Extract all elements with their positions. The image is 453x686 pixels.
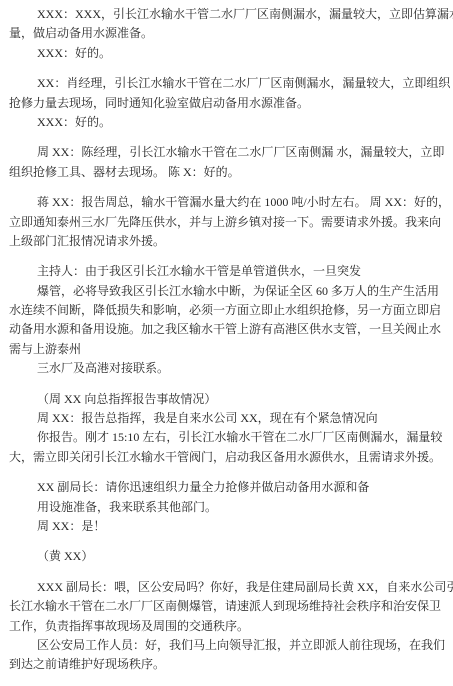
text-line: 需与上游泰州	[9, 340, 439, 359]
paragraph: XXX 副局长：喂，区公安局吗？你好，我是住建局副局长黄 XX，自来水公司引长江…	[9, 578, 439, 675]
paragraph: XX 副局长：请你迅速组织力量全力抢修并做启动备用水源和备用设施准备，我来联系其…	[9, 478, 439, 536]
paragraph: XXX：XXX，引长江水输水干管二水厂厂区南侧漏水，漏量较大，立即估算漏水量，做…	[9, 5, 439, 63]
paragraph: （周 XX 向总指挥报告事故情况）周 XX：报告总指挥，我是自来水公司 XX，现…	[9, 390, 439, 468]
text-line: XX：肖经理，引长江水输水干管在二水厂厂区南侧漏水，漏量较大，立即组织	[9, 74, 439, 93]
text-line: （周 XX 向总指挥报告事故情况）	[9, 390, 439, 409]
document-page: XXX：XXX，引长江水输水干管二水厂厂区南侧漏水，漏量较大，立即估算漏水量，做…	[0, 0, 453, 686]
text-line: 三水厂及高港对接联系。	[9, 359, 439, 378]
text-line: 你报告。刚才 15:10 左右，引长江水输水干管在二水厂厂区南侧漏水，漏量较	[9, 428, 439, 447]
text-line: 爆管，必将导致我区引长江水输水中断，为保证全区 60 多万人的生产生活用	[9, 282, 439, 301]
text-line: XXX 副局长：喂，区公安局吗？你好，我是住建局副局长黄 XX，自来水公司引	[9, 578, 439, 597]
text-line: XXX：好的。	[9, 44, 439, 63]
text-line: 长江水输水干管在二水厂厂区南侧爆管，请速派人到现场维持社会秩序和治安保卫	[9, 597, 439, 616]
text-line: 大，需立即关闭引长江水输水干管阀门，启动我区备用水源供水，且需请求外援。	[9, 448, 439, 467]
text-line: 抢修力量去现场，同时通知化验室做启动备用水源准备。	[9, 94, 439, 113]
text-line: 周 XX：报告总指挥，我是自来水公司 XX，现在有个紧急情况向	[9, 409, 439, 428]
text-line: XXX：XXX，引长江水输水干管二水厂厂区南侧漏水，漏量较大，立即估算漏水	[9, 5, 439, 24]
paragraph: XX：肖经理，引长江水输水干管在二水厂厂区南侧漏水，漏量较大，立即组织抢修力量去…	[9, 74, 439, 132]
text-line: 周 XX：是！	[9, 517, 439, 536]
text-line: 上级部门汇报情况请求外援。	[9, 232, 439, 251]
text-line: 工作，负责指挥事故现场及周围的交通秩序。	[9, 617, 439, 636]
paragraph: 周 XX：陈经理，引长江水输水干管在二水厂厂区南侧漏 水，漏量较大，立即组织抢修…	[9, 143, 439, 182]
text-line: 组织抢修工具、器材去现场。 陈 X：好的。	[9, 163, 439, 182]
text-line: 立即通知泰州三水厂先降压供水，并与上游乡镇对接一下。需要请求外援。我来向	[9, 213, 439, 232]
text-line: XXX：好的。	[9, 113, 439, 132]
paragraph: 主持人：由于我区引长江水输水干管是单管道供水，一旦突发爆管，必将导致我区引长江水…	[9, 262, 439, 378]
text-line: 用设施准备，我来联系其他部门。	[9, 498, 439, 517]
text-line: 到达之前请维护好现场秩序。	[9, 655, 439, 674]
paragraph: （黄 XX）	[9, 547, 439, 566]
text-line: （黄 XX）	[9, 547, 439, 566]
text-line: 水连续不间断，降低损失和影响，必须一方面立即止水组织抢修，另一方面立即启	[9, 301, 439, 320]
text-line: 主持人：由于我区引长江水输水干管是单管道供水，一旦突发	[9, 262, 439, 281]
text-line: 区公安局工作人员：好，我们马上向领导汇报，并立即派人前往现场，在我们	[9, 636, 439, 655]
text-line: 动备用水源和备用设施。加之我区输水干管上游有高港区供水支管，一旦关阀止水	[9, 320, 439, 339]
text-line: XX 副局长：请你迅速组织力量全力抢修并做启动备用水源和备	[9, 478, 439, 497]
text-line: 量，做启动备用水源准备。	[9, 24, 439, 43]
paragraph: 蒋 XX：报告周总，输水干管漏水量大约在 1000 吨/小时左右。 周 XX：好…	[9, 193, 439, 251]
text-line: 周 XX：陈经理，引长江水输水干管在二水厂厂区南侧漏 水，漏量较大，立即	[9, 143, 439, 162]
text-line: 蒋 XX：报告周总，输水干管漏水量大约在 1000 吨/小时左右。 周 XX：好…	[9, 193, 439, 212]
